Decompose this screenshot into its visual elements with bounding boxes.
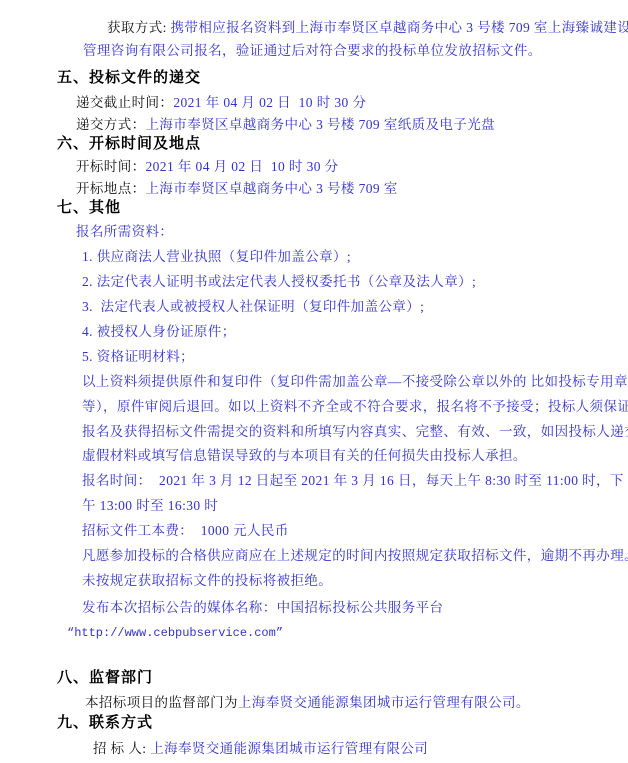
bidder-line: 招 标 人: 上海奉贤交通能源集团城市运行管理有限公司 (93, 741, 428, 757)
section5-heading: 五、投标文件的递交 (57, 70, 201, 86)
signup-time-line-1: 报名时间： 2021 年 3 月 12 日起至 2021 年 3 月 16 日，… (82, 473, 624, 489)
opening-time-value: 2021 年 04 月 02 日 10 时 30 分 (146, 159, 339, 174)
media-url: “http://www.cebpubservice.com” (67, 625, 283, 641)
intro-line-1: 获取方式: 携带相应报名资料到上海市奉贤区卓越商务中心 3 号楼 709 室上海… (107, 20, 628, 36)
material-item-1: 1. 供应商法人营业执照（复印件加盖公章）; (82, 249, 351, 265)
opening-time-label: 开标时间： (76, 159, 146, 174)
bidder-label: 招 标 人: (93, 741, 150, 756)
intro-line-2: 管理咨询有限公司报名，验证通过后对符合要求的投标单位发放招标文件。 (83, 43, 542, 59)
section6-heading: 六、开标时间及地点 (57, 136, 201, 152)
requirements-para-line-3: 报名及获得招标文件需提交的资料和所填写内容真实、完整、有效、一致，如因投标人递交 (82, 424, 628, 440)
requirements-para-line-2: 等），原件审阅后退回。如以上资料不齐全或不符合要求，报名将不予接受；投标人须保证 (82, 399, 628, 415)
supervision-label: 本招标项目的监督部门为 (85, 695, 238, 710)
material-item-3: 3. 法定代表人或被授权人社保证明（复印件加盖公章）; (82, 299, 424, 315)
submission-deadline-value: 2021 年 04 月 02 日 10 时 30 分 (173, 95, 366, 110)
submission-method-label: 递交方式： (76, 117, 146, 132)
document-page: 获取方式: 携带相应报名资料到上海市奉贤区卓越商务中心 3 号楼 709 室上海… (0, 0, 628, 763)
supervision-line: 本招标项目的监督部门为上海奉贤交通能源集团城市运行管理有限公司。 (85, 695, 530, 711)
media-name-line: 发布本次招标公告的媒体名称：中国招标投标公共服务平台 (82, 600, 443, 616)
signup-time-line-2: 午 13:00 时至 16:30 时 (82, 498, 218, 514)
bidder-value: 上海奉贤交通能源集团城市运行管理有限公司 (150, 741, 428, 756)
opening-time-line: 开标时间：2021 年 04 月 02 日 10 时 30 分 (76, 159, 339, 175)
materials-title: 报名所需资料： (76, 224, 173, 240)
submission-deadline-line: 递交截止时间：2021 年 04 月 02 日 10 时 30 分 (76, 95, 366, 111)
opening-place-line: 开标地点：上海市奉贤区卓越商务中心 3 号楼 709 室 (76, 181, 398, 197)
section9-heading: 九、联系方式 (57, 715, 153, 731)
section8-heading: 八、监督部门 (57, 670, 153, 686)
note-rejection: 未按规定获取招标文件的投标将被拒绝。 (82, 573, 332, 589)
acquire-method-value: 携带相应报名资料到上海市奉贤区卓越商务中心 3 号楼 709 室上海臻诚建设 (171, 20, 628, 35)
submission-method-value: 上海市奉贤区卓越商务中心 3 号楼 709 室纸质及电子光盘 (146, 117, 496, 132)
opening-place-value: 上海市奉贤区卓越商务中心 3 号楼 709 室 (146, 181, 398, 196)
material-item-5: 5. 资格证明材料； (82, 349, 194, 365)
submission-deadline-label: 递交截止时间： (76, 95, 173, 110)
document-fee-line: 招标文件工本费： 1000 元人民币 (82, 523, 289, 539)
acquire-method-label: 获取方式: (107, 20, 171, 35)
submission-method-line: 递交方式：上海市奉贤区卓越商务中心 3 号楼 709 室纸质及电子光盘 (76, 117, 495, 133)
supervision-value: 上海奉贤交通能源集团城市运行管理有限公司。 (238, 695, 530, 710)
requirements-para-line-1: 以上资料须提供原件和复印件（复印件需加盖公章—不接受除公章以外的 比如投标专用章 (82, 374, 628, 390)
material-item-4: 4. 被授权人身份证原件； (82, 324, 236, 340)
requirements-para-line-4: 虚假材料或填写信息错误导致的与本项目有关的任何损失由投标人承担。 (82, 448, 527, 464)
note-obtain-deadline: 凡愿参加投标的合格供应商应在上述规定的时间内按照规定获取招标文件，逾期不再办理。 (82, 548, 628, 564)
material-item-2: 2. 法定代表人证明书或法定代表人授权委托书（公章及法人章）; (82, 274, 476, 290)
section7-heading: 七、其他 (57, 200, 121, 216)
opening-place-label: 开标地点： (76, 181, 146, 196)
